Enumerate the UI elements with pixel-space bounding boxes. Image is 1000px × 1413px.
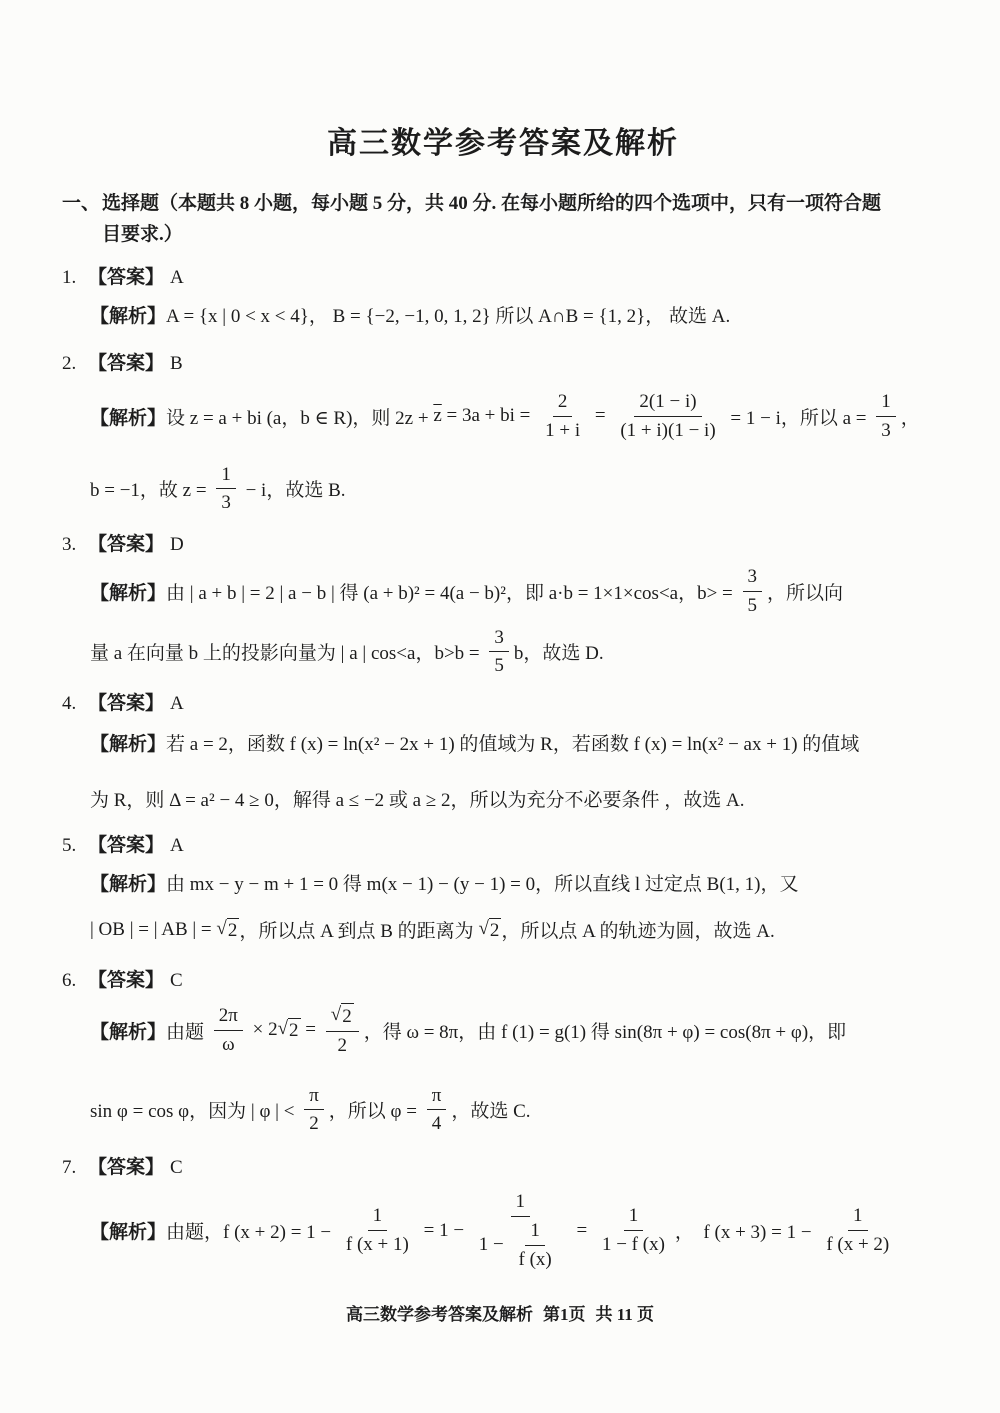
analysis-text: 由 mx − y − m + 1 = 0 得 m(x − 1) − (y − 1… [166, 874, 798, 895]
section-number: 一、 [62, 188, 102, 219]
fraction-denominator: ω [217, 1031, 240, 1057]
analysis-row: 【解析】由 | a + b | = 2 | a − b | 得 (a + b)²… [62, 565, 944, 618]
analysis-row: 【解析】A = {x | 0 < x < 4}， B = {−2, −1, 0,… [62, 302, 944, 332]
page-content: 高三数学参考答案及解析 一、 选择题（本题共 8 小题，每小题 5 分，共 40… [62, 118, 944, 1271]
analysis-label: 【解析】 [90, 734, 166, 755]
radicand: 2 [288, 1018, 301, 1042]
footer-page-total: 共 11 页 [595, 1305, 654, 1324]
question-number: 6. [62, 967, 88, 995]
fraction-denominator: 1 − 1f (x) [474, 1217, 567, 1272]
fraction-numerator: 1 [368, 1204, 388, 1231]
fraction: 21 + i [540, 390, 585, 443]
answer-label: 【答案】 [88, 835, 164, 856]
fraction-numerator: 1 [876, 390, 896, 417]
math-text: = [301, 1019, 321, 1041]
section-heading-line2: 目要求.） [62, 219, 944, 250]
fraction-denominator: f (x) [514, 1246, 557, 1272]
math-text: ， f (x + 3) = 1 − [675, 1217, 816, 1244]
fraction-denominator: 5 [489, 652, 509, 678]
fraction: 2(1 − i)(1 + i)(1 − i) [615, 390, 720, 443]
fraction-numerator: √2 [326, 1003, 359, 1032]
answer-row: 3.【答案】D [62, 531, 944, 559]
fraction-numerator: 1 [525, 1219, 545, 1246]
analysis-label: 【解析】 [90, 306, 166, 327]
answer-value: B [170, 353, 183, 374]
fraction: 35 [743, 565, 763, 618]
square-root: √2 [278, 1018, 301, 1042]
answer-value: A [170, 693, 184, 714]
question-block-3: 3.【答案】D 【解析】由 | a + b | = 2 | a − b | 得 … [62, 531, 944, 678]
fraction-numerator: π [304, 1084, 324, 1111]
z-conjugate: z [433, 405, 441, 427]
answer-label: 【答案】 [88, 970, 164, 991]
fraction-denominator: 2 [332, 1032, 352, 1058]
math-text: = 1 − i，所以 a = [726, 403, 872, 430]
math-text: 由题 [166, 1017, 209, 1044]
question-number: 1. [62, 264, 88, 292]
fraction: 2πω [214, 1004, 243, 1057]
question-number: 3. [62, 531, 88, 559]
question-block-4: 4.【答案】A 【解析】若 a = 2，函数 f (x) = ln(x² − 2… [62, 690, 944, 816]
answer-row: 1.【答案】A [62, 264, 944, 292]
radical-sign: √ [216, 918, 226, 940]
math-text: 由题，f (x + 2) = 1 − [166, 1217, 336, 1244]
math-text: = [572, 1220, 592, 1242]
footer-title: 高三数学参考答案及解析 [346, 1305, 533, 1324]
fraction-denominator: f (x + 2) [821, 1231, 894, 1257]
radical-sign: √ [331, 1003, 341, 1027]
math-text: ，所以向 [767, 578, 843, 605]
analysis-label: 【解析】 [90, 578, 166, 605]
square-root: √2 [331, 1003, 354, 1029]
analysis-row: 【解析】由题 2πω × 2√2 = √22，得 ω = 8π，由 f (1) … [62, 1003, 944, 1058]
radicand: 2 [489, 918, 502, 942]
math-text: ，所以点 A 到点 B 的距离为 [239, 916, 478, 943]
section-heading-line1: 一、 选择题（本题共 8 小题，每小题 5 分，共 40 分. 在每小题所给的四… [62, 188, 944, 219]
question-number: 2. [62, 350, 88, 378]
fraction-numerator: 3 [743, 565, 763, 592]
fraction: 1f (x + 2) [821, 1204, 894, 1257]
fraction: 11 − 1f (x) [474, 1190, 567, 1271]
fraction-denominator: (1 + i)(1 − i) [615, 417, 720, 443]
answer-label: 【答案】 [88, 693, 164, 714]
analysis-text: A = {x | 0 < x < 4}， B = {−2, −1, 0, 1, … [166, 306, 730, 327]
analysis-continuation-row: | OB | = | AB | = √2，所以点 A 到点 B 的距离为 √2，… [62, 916, 944, 943]
page-title: 高三数学参考答案及解析 [62, 118, 944, 162]
fraction: 13 [876, 390, 896, 443]
math-text: ， [901, 403, 920, 430]
square-root: √2 [478, 918, 501, 942]
analysis-continuation-row: b = −1，故 z = 13 − i，故选 B. [62, 463, 944, 516]
answer-label: 【答案】 [88, 1157, 164, 1178]
question-number: 7. [62, 1154, 88, 1182]
answer-value: C [170, 970, 183, 991]
math-text: ，故选 C. [451, 1096, 530, 1123]
math-text: | OB | = | AB | = [90, 919, 216, 941]
fraction-numerator: 3 [489, 626, 509, 653]
question-block-7: 7.【答案】C 【解析】由题，f (x + 2) = 1 − 1f (x + 1… [62, 1154, 944, 1271]
answer-label: 【答案】 [88, 353, 164, 374]
math-text: ，所以 φ = [329, 1096, 422, 1123]
page-footer: 高三数学参考答案及解析第1页共 11 页 [0, 1300, 1000, 1325]
question-number: 4. [62, 690, 88, 718]
answer-row: 7.【答案】C [62, 1154, 944, 1182]
math-text: b = −1，故 z = [90, 475, 211, 502]
analysis-continuation-row: sin φ = cos φ，因为 | φ | < π2，所以 φ = π4，故选… [62, 1084, 944, 1137]
analysis-label: 【解析】 [90, 874, 166, 895]
section-heading: 一、 选择题（本题共 8 小题，每小题 5 分，共 40 分. 在每小题所给的四… [62, 188, 944, 250]
fraction-numerator: 2 [553, 390, 573, 417]
analysis-continuation-row: 为 R，则 Δ = a² − 4 ≥ 0，解得 a ≤ −2 或 a ≥ 2，所… [62, 786, 944, 816]
footer-page-number: 第1页 [543, 1305, 586, 1324]
answer-value: A [170, 835, 184, 856]
answer-value: D [170, 534, 184, 555]
fraction-numerator: 2(1 − i) [634, 390, 701, 417]
fraction-denominator: 5 [743, 592, 763, 618]
math-text: ，得 ω = 8π，由 f (1) = g(1) 得 sin(8π + φ) =… [364, 1017, 847, 1044]
fraction: 35 [489, 626, 509, 679]
math-text: b，故选 D. [514, 638, 604, 665]
analysis-continuation-row: 量 a 在向量 b 上的投影向量为 | a | cos<a，b>b = 35b，… [62, 626, 944, 679]
answer-value: A [170, 267, 184, 288]
fraction: √22 [326, 1003, 359, 1058]
section-text: 选择题（本题共 8 小题，每小题 5 分，共 40 分. 在每小题所给的四个选项… [102, 188, 881, 219]
fraction-numerator: 1 [511, 1190, 531, 1217]
math-text: sin φ = cos φ，因为 | φ | < [90, 1096, 299, 1123]
radicand: 2 [227, 918, 240, 942]
math-text: 由 | a + b | = 2 | a − b | 得 (a + b)² = 4… [166, 578, 738, 605]
square-root: √2 [216, 918, 239, 942]
fraction-denominator: f (x + 1) [341, 1231, 414, 1257]
analysis-label: 【解析】 [90, 1017, 166, 1044]
fraction: 11 − f (x) [597, 1204, 670, 1257]
analysis-row: 【解析】设 z = a + bi (a，b ∈ R)，则 2z + z = 3a… [62, 390, 944, 443]
answer-row: 4.【答案】A [62, 690, 944, 718]
analysis-row: 【解析】若 a = 2，函数 f (x) = ln(x² − 2x + 1) 的… [62, 730, 944, 760]
math-text: = [590, 405, 610, 427]
analysis-row: 【解析】由题，f (x + 2) = 1 − 1f (x + 1) = 1 − … [62, 1190, 944, 1271]
fraction-denominator: 2 [304, 1110, 324, 1136]
analysis-label: 【解析】 [90, 1217, 166, 1244]
answer-label: 【答案】 [88, 267, 164, 288]
fraction-numerator: 2π [214, 1004, 243, 1031]
answer-row: 2.【答案】B [62, 350, 944, 378]
answer-label: 【答案】 [88, 534, 164, 555]
math-text: × 2 [248, 1019, 278, 1041]
math-text: = 3a + bi = [442, 405, 535, 427]
math-text: − i，故选 B. [241, 475, 346, 502]
fraction-numerator: 1 [216, 463, 236, 490]
math-text: 量 a 在向量 b 上的投影向量为 | a | cos<a，b>b = [90, 638, 484, 665]
fraction-denominator: 3 [216, 489, 236, 515]
math-text: 1 − [479, 1233, 509, 1257]
question-block-6: 6.【答案】C 【解析】由题 2πω × 2√2 = √22，得 ω = 8π，… [62, 967, 944, 1136]
analysis-row: 【解析】由 mx − y − m + 1 = 0 得 m(x − 1) − (y… [62, 870, 944, 900]
radicand: 2 [341, 1003, 354, 1029]
answer-row: 5.【答案】A [62, 832, 944, 860]
question-number: 5. [62, 832, 88, 860]
math-text: 设 z = a + bi (a，b ∈ R)，则 2z + [166, 403, 433, 430]
answer-row: 6.【答案】C [62, 967, 944, 995]
question-block-5: 5.【答案】A 【解析】由 mx − y − m + 1 = 0 得 m(x −… [62, 832, 944, 943]
radical-sign: √ [478, 918, 488, 940]
question-block-1: 1.【答案】A 【解析】A = {x | 0 < x < 4}， B = {−2… [62, 264, 944, 332]
fraction-numerator: π [427, 1084, 447, 1111]
fraction: π4 [427, 1084, 447, 1137]
fraction-denominator: 1 − f (x) [597, 1231, 670, 1257]
answer-value: C [170, 1157, 183, 1178]
fraction-numerator: 1 [848, 1204, 868, 1231]
radical-sign: √ [278, 1018, 288, 1040]
analysis-label: 【解析】 [90, 403, 166, 430]
fraction: 13 [216, 463, 236, 516]
nested-fraction: 1f (x) [514, 1219, 557, 1272]
math-text: = 1 − [419, 1220, 469, 1242]
fraction: π2 [304, 1084, 324, 1137]
fraction-denominator: 4 [427, 1110, 447, 1136]
analysis-text: 若 a = 2，函数 f (x) = ln(x² − 2x + 1) 的值域为 … [166, 734, 859, 755]
fraction-numerator: 1 [624, 1204, 644, 1231]
fraction: 1f (x + 1) [341, 1204, 414, 1257]
document-page: 高三数学参考答案及解析 一、 选择题（本题共 8 小题，每小题 5 分，共 40… [0, 0, 1000, 1413]
fraction-denominator: 3 [876, 417, 896, 443]
question-block-2: 2.【答案】B 【解析】设 z = a + bi (a，b ∈ R)，则 2z … [62, 350, 944, 515]
math-text: ，所以点 A 的轨迹为圆，故选 A. [501, 916, 774, 943]
fraction-denominator: 1 + i [540, 417, 585, 443]
